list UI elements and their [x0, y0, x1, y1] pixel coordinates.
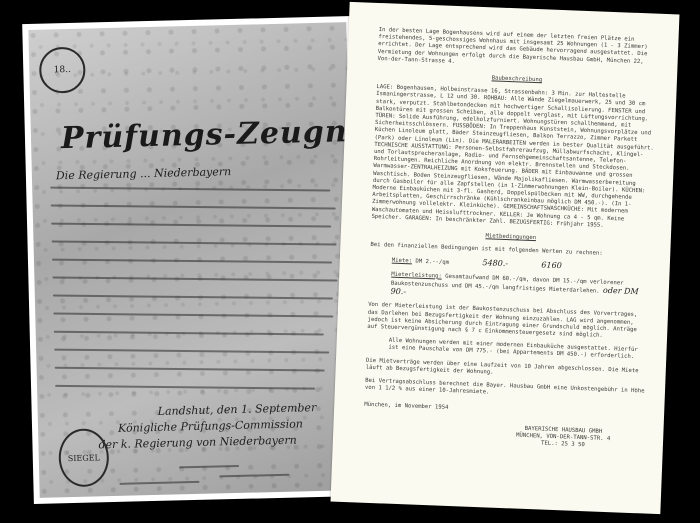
handwriting-line [55, 367, 325, 372]
handwriting-line [51, 223, 331, 228]
seal-icon: 18.. [39, 47, 86, 94]
script-fragment: der k. Regierung von Niederbayern [98, 434, 297, 452]
handwriting-line [52, 259, 332, 264]
seal-text: 18.. [54, 65, 71, 75]
handwritten-note: 6160 [541, 261, 562, 271]
mieterleistung-label: Mieterleistung: [391, 271, 442, 279]
handwriting-line [52, 276, 337, 281]
handwriting-line [55, 385, 315, 390]
place-date: München, im November 1954 [364, 402, 644, 420]
handwriting-line [53, 295, 333, 300]
signature [219, 474, 289, 478]
script-fragment: Die Regierung ... Niederbayern [56, 165, 232, 182]
handwritten-note: 5480.- [482, 259, 508, 269]
seal-icon: SIEGEL [58, 428, 109, 487]
baubeschreibung-paragraph: LAGE: Bogenhausen, Holbeinstrasse 16, St… [371, 84, 656, 232]
typewritten-document: In der besten Lage Bogenhausens wird auf… [331, 2, 680, 514]
seal-text: SIEGEL [68, 453, 100, 463]
script-fragment: Königliche Prüfungs-Commission [118, 417, 303, 435]
signature [119, 481, 199, 485]
gebuehr-paragraph: Bei Vertragsabschluss berechnet die Baye… [365, 378, 645, 403]
signature [179, 465, 239, 468]
certificate-document: 18.. Prüfungs-Zeugnis Die Regierung ... … [22, 16, 364, 504]
mieterleistung-line: Mieterleistung: Gesamtaufwand DM 60.-/qm… [368, 270, 649, 306]
certificate-title: Prüfungs-Zeugnis [61, 113, 358, 156]
miete-label: Miete: [392, 258, 412, 265]
handwriting-line [52, 240, 337, 245]
intro-paragraph: In der besten Lage Bogenhausens wird auf… [377, 27, 658, 74]
company-signature: BAYERISCHE HAUSBAU GMBH MÜNCHEN, VON-DER… [363, 419, 644, 451]
handwriting-line [51, 204, 336, 209]
handwriting-line [54, 349, 329, 354]
handwriting-line [50, 187, 330, 192]
script-fragment: Landshut, den 1. September [158, 401, 317, 418]
miete-value: DM 2.--/qm [415, 259, 449, 266]
darlehen-paragraph: Von der Mieterleistung ist der Baukosten… [367, 302, 648, 342]
certificate-paper: 18.. Prüfungs-Zeugnis Die Regierung ... … [28, 22, 357, 498]
handwriting-line [53, 313, 333, 318]
handwriting-line [54, 331, 324, 336]
